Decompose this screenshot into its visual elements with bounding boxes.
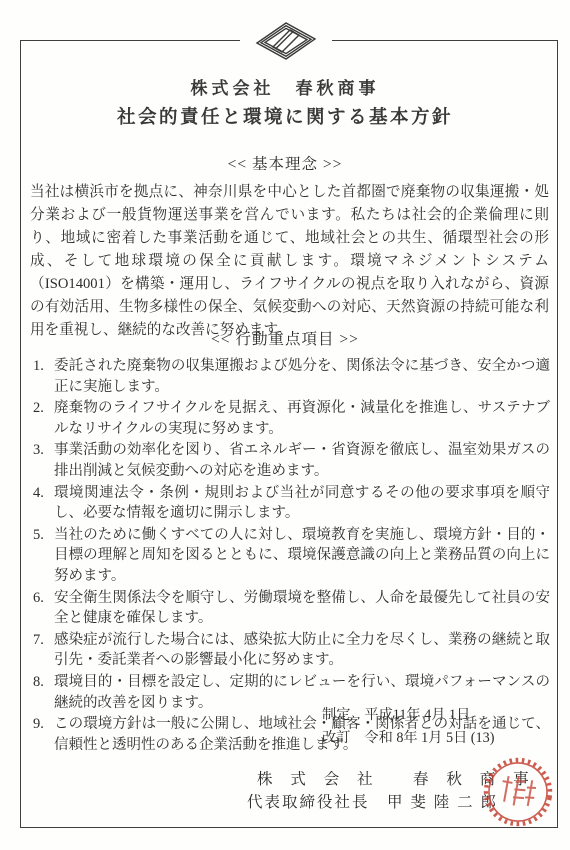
list-item-number: 2. — [33, 398, 44, 419]
list-item-text: 事業活動の効率化を図り、省エネルギー・省資源を徹底し、温室効果ガスの排出削減と気… — [54, 442, 550, 479]
diamond-stripe-logo-icon — [244, 14, 328, 68]
revised-label: 改訂 — [322, 730, 350, 746]
list-item-number: 4. — [33, 483, 44, 504]
section-heading-action-items: << 行動重点項目 >> — [0, 327, 570, 349]
company-name-heading: 株式会社 春秋商事 — [0, 74, 570, 99]
revision-dates: 制定平成11年 4月 1日 改訂令和 8年 1月 5日 (13) — [322, 704, 494, 749]
section-heading-philosophy: << 基本理念 >> — [0, 152, 570, 174]
list-item-text: 委託された廃棄物の収集運搬および処分を、関係法令に基づき、安全かつ適正に実施しま… — [54, 358, 550, 395]
list-item: 1.委託された廃棄物の収集運搬および処分を、関係法令に基づき、安全かつ適正に実施… — [31, 356, 550, 397]
list-item: 6.安全衛生関係法令を順守し、労働環境を整備し、人命を最優先して社員の安全と健康… — [31, 588, 550, 629]
list-item-number: 5. — [33, 525, 44, 546]
company-red-seal-icon — [478, 752, 558, 832]
list-item-number: 6. — [33, 588, 44, 609]
revised-date-row: 改訂令和 8年 1月 5日 (13) — [322, 727, 494, 750]
list-item: 2.廃棄物のライフサイクルを見据え、再資源化・減量化を推進し、サステナブルなリサ… — [31, 398, 550, 439]
list-item-number: 1. — [33, 356, 44, 377]
list-item: 5.当社のために働くすべての人に対し、環境教育を実施し、環境方針・目的・目標の理… — [31, 525, 550, 587]
list-item: 4.環境関連法令・条例・規則および当社が同意するその他の要求事項を順守し、必要な… — [31, 483, 550, 524]
revised-value: 令和 8年 1月 5日 (13) — [364, 730, 494, 746]
philosophy-paragraph: 当社は横浜市を拠点に、神奈川県を中心とした首都圏で廃棄物の収集運搬・処分業および… — [30, 181, 549, 342]
list-item-text: 廃棄物のライフサイクルを見据え、再資源化・減量化を推進し、サステナブルなリサイク… — [54, 400, 550, 437]
list-item-text: 安全衛生関係法令を順守し、労働環境を整備し、人命を最優先して社員の安全と健康を確… — [54, 590, 550, 627]
list-item-text: 環境関連法令・条例・規則および当社が同意するその他の要求事項を順守し、必要な情報… — [54, 485, 550, 522]
list-item: 3.事業活動の効率化を図り、省エネルギー・省資源を徹底し、温室効果ガスの排出削減… — [31, 440, 550, 481]
policy-document-page: 株式会社 春秋商事 社会的責任と環境に関する基本方針 << 基本理念 >> 当社… — [0, 0, 570, 850]
action-items-list: 1.委託された廃棄物の収集運搬および処分を、関係法令に基づき、安全かつ適正に実施… — [31, 356, 550, 756]
established-value: 平成11年 4月 1日 — [364, 707, 470, 723]
list-item-number: 8. — [33, 672, 44, 693]
list-item-text: 当社のために働くすべての人に対し、環境教育を実施し、環境方針・目的・目標の理解と… — [54, 527, 550, 584]
established-label: 制定 — [322, 707, 350, 723]
list-item-number: 3. — [33, 440, 44, 461]
list-item-number: 7. — [33, 630, 44, 651]
page-title: 社会的責任と環境に関する基本方針 — [0, 103, 570, 129]
company-logo — [240, 12, 332, 70]
established-date-row: 制定平成11年 4月 1日 — [322, 704, 494, 727]
list-item: 7.感染症が流行した場合には、感染拡大防止に全力を尽くし、業務の継続と取引先・委… — [31, 630, 550, 671]
list-item-text: 感染症が流行した場合には、感染拡大防止に全力を尽くし、業務の継続と取引先・委託業… — [54, 632, 550, 669]
list-item-number: 9. — [33, 714, 44, 735]
